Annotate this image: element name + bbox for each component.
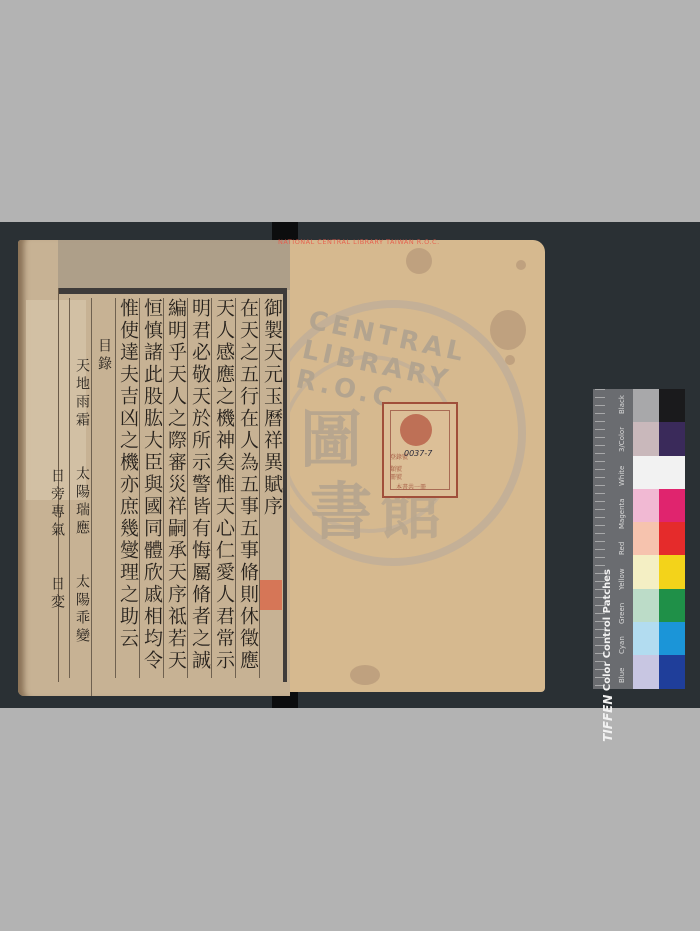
color-patch [659,555,685,588]
color-patches [633,389,685,689]
collector-seal [260,580,282,610]
left-page: 御製天元玉曆祥異賦序 在天之五行在人為五事五事脩則休徵應失則咎徵應 天人感應之機… [18,240,290,696]
watermark-han: 書 [310,462,372,551]
text-column: 御製天元玉曆祥異賦序 [259,298,284,678]
chart-title: TIFFEN Color Control Patches [601,569,615,742]
library-stamp: 登錄號 0037-7 類號 冊號 本書共一冊 [382,402,458,498]
patch-label: 3/Color [618,427,626,452]
stamp-label: 冊號 [390,472,402,481]
brand-logo: TIFFEN [601,695,615,742]
color-patch [633,589,659,622]
ruler: TIFFEN Color Control Patches Blue Cyan G… [593,389,634,689]
patch-row [633,589,685,622]
color-patch [633,622,659,655]
toc-entries: 天地雨霜 太陽瑞應 太陽乖變 [69,298,94,678]
patch-label: Black [618,396,626,415]
stain-spot [350,665,380,685]
patch-row [633,489,685,522]
stamp-number: 0037-7 [404,449,432,458]
toc-entries: 日旁專氣 日変 [45,298,69,678]
color-patch [659,422,685,455]
patch-label: Blue [618,667,626,683]
color-patch [633,422,659,455]
color-patch [633,522,659,555]
chart-title-text: Color Control Patches [602,569,613,691]
color-patch [659,456,685,489]
right-page: CENTRAL LIBRARY R.O.C 圖 書 館 登錄號 0037-7 類… [290,240,545,692]
overlay-watermark: NATIONAL CENTRAL LIBRARY TAIWAN R.O.C. [278,238,440,246]
toc-heading: 目錄 [91,298,116,696]
patch-row [633,555,685,588]
patch-label: White [618,465,626,485]
text-column: 編明乎天人之際審災祥嗣承天序祗若天道動靜云為 [163,298,188,678]
color-patch [659,622,685,655]
stain-spot [516,260,526,270]
patch-row [633,389,685,422]
color-patch [659,655,685,688]
text-column: 惟使達夫吉凶之機亦庶幾燮理之助云 [115,298,140,678]
color-patch [659,589,685,622]
text-column: 在天之五行在人為五事五事脩則休徵應失則咎徵應 [235,298,260,678]
patch-row [633,456,685,489]
color-patch [633,456,659,489]
color-patch [633,389,659,422]
color-patch [633,489,659,522]
text-column: 天人感應之機神矣惟天心仁愛人君常示變以警之惟 [211,298,236,678]
patch-row [633,422,685,455]
frame-top-border [59,288,287,294]
patch-row [633,522,685,555]
patch-label: Cyan [618,636,626,654]
patch-row [633,655,685,688]
stamp-label: 本書共一冊 [396,482,426,491]
patch-label: Magenta [618,498,626,529]
text-column: 明君必敬天於所示警皆有悔屬脩者之誠未嘗忽也此 [187,298,212,678]
color-patch [659,522,685,555]
color-patch [633,555,659,588]
patch-label: Yellow [618,568,626,590]
color-patch [659,389,685,422]
patch-labels: Blue Cyan Green Yellow Red Magenta White… [618,389,626,689]
stamp-seal-circle [400,414,432,446]
text-frame: 御製天元玉曆祥異賦序 在天之五行在人為五事五事脩則休徵應失則咎徵應 天人感應之機… [58,288,287,682]
color-patch [659,489,685,522]
color-control-chart: TIFFEN Color Control Patches Blue Cyan G… [593,389,685,689]
stain-spot [406,248,432,274]
text-column: 恒慎諸此股肱大臣與國同體欣戚相均令各以賜之非 [139,298,164,678]
color-patch [633,655,659,688]
patch-label: Red [618,542,626,555]
patch-row [633,622,685,655]
page-stain [58,240,290,290]
patch-label: Green [618,602,626,623]
